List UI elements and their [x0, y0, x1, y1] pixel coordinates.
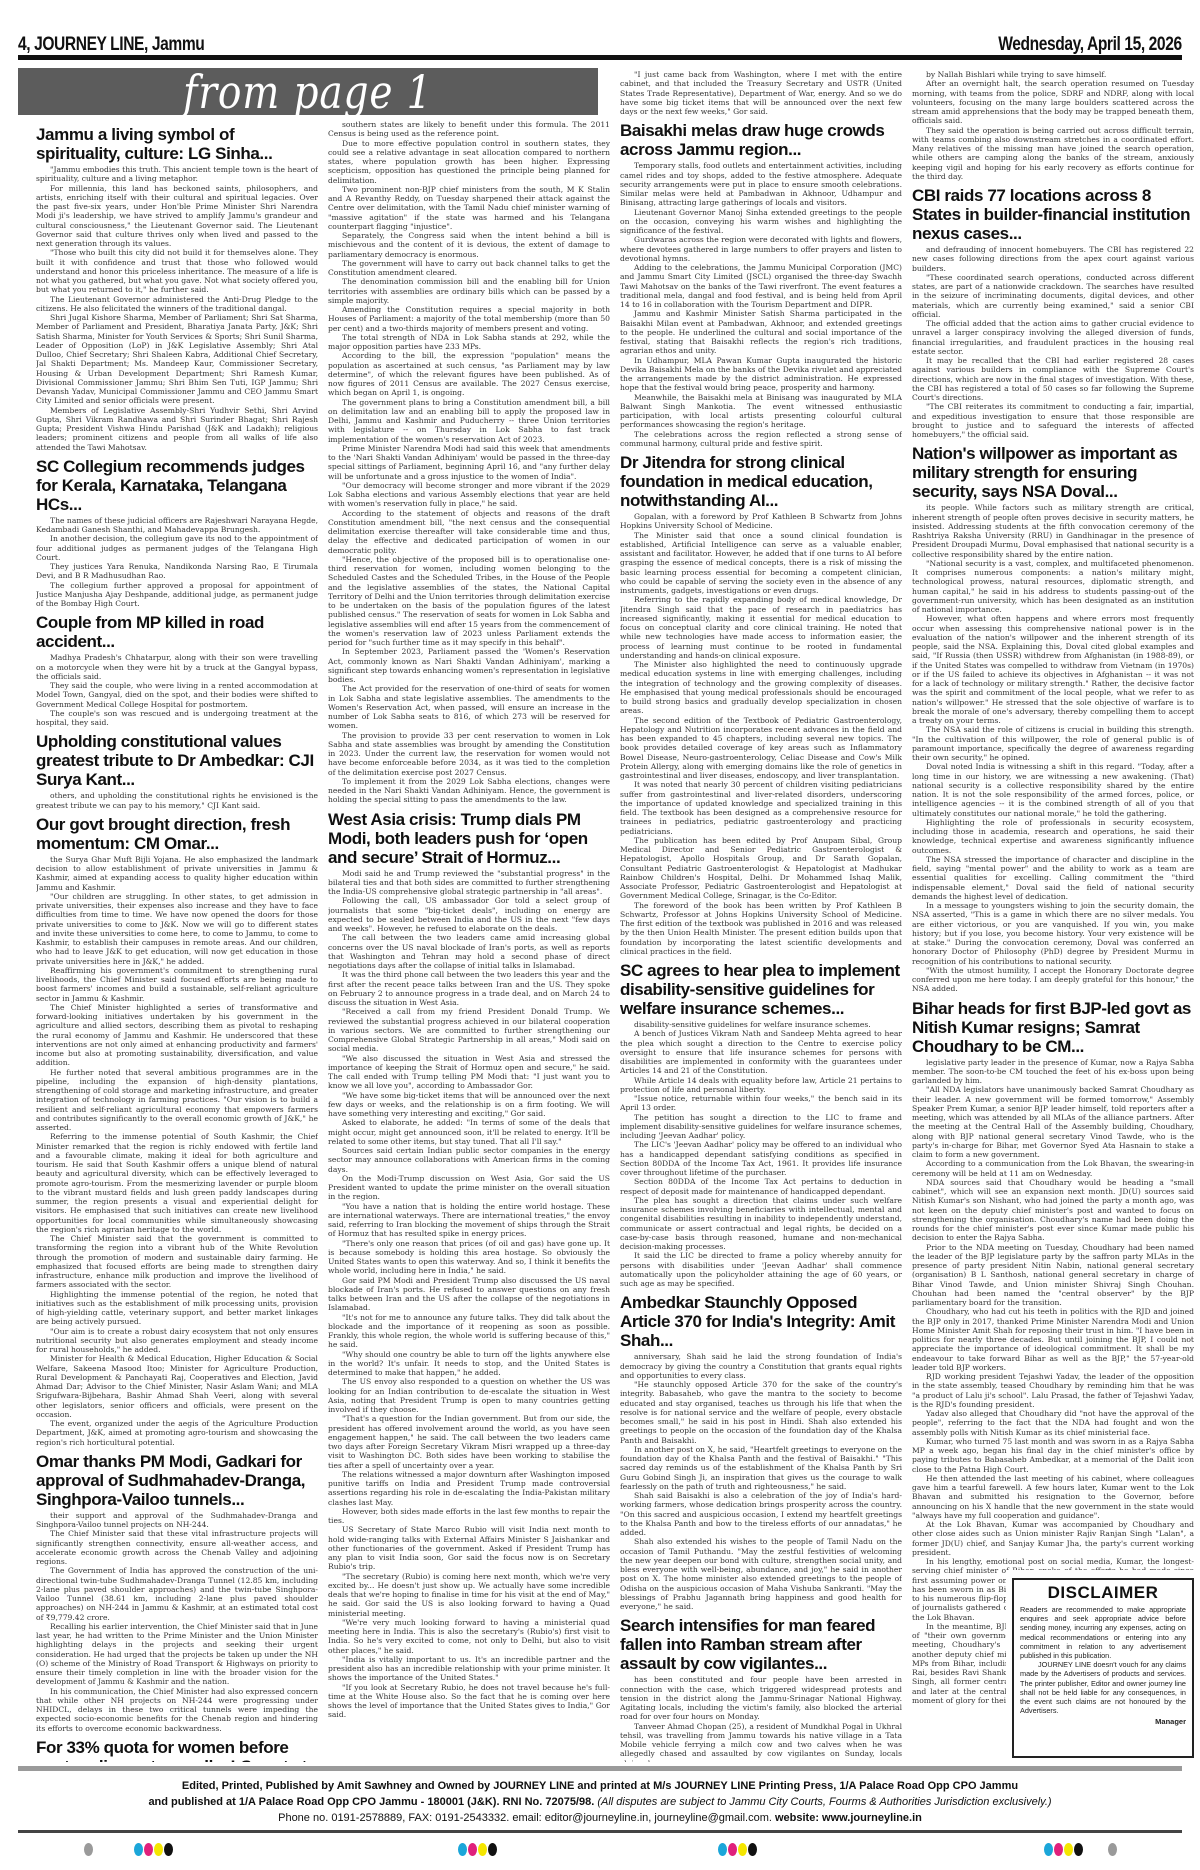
headline: Couple from MP killed in road accident..…	[36, 613, 318, 651]
paragraph: According to the bill, the expression "p…	[328, 351, 610, 397]
paragraph: The Chief Minister highlighted a series …	[36, 1003, 318, 1068]
column-3: "I just came back from Washington, where…	[620, 70, 902, 1762]
paragraph: has been constituted and four people hav…	[620, 1675, 902, 1721]
paragraph: According to a communication from the Lo…	[912, 1159, 1194, 1178]
paragraph: "There's only one reason that prices (of…	[328, 1239, 610, 1276]
paragraph: disability-sensitive guidelines for welf…	[620, 1020, 902, 1029]
headline: West Asia crisis: Trump dials PM Modi, b…	[328, 810, 610, 867]
paragraph: The call between the two leaders came am…	[328, 933, 610, 970]
headline: Ambedkar Staunchly Opposed Article 370 f…	[620, 1293, 902, 1350]
paragraph: southern states are likely to benefit un…	[328, 120, 610, 139]
paragraph: Highlighting the role of professionals i…	[912, 818, 1194, 855]
paragraph: "The secretary (Rubio) is coming here ne…	[328, 1572, 610, 1618]
paragraph: The publication has been edited by Prof …	[620, 836, 902, 901]
paragraph: The collegium further approved a proposa…	[36, 581, 318, 609]
imprint-address: and published at 1/A Palace Road Opp CPO…	[148, 1796, 594, 1808]
article-cji: Upholding constitutional values greatest…	[36, 732, 318, 810]
article-west-asia: West Asia crisis: Trump dials PM Modi, b…	[328, 810, 610, 1720]
paragraph: Separately, the Congress said when the i…	[328, 231, 610, 259]
article-body: has been constituted and four people hav…	[620, 1675, 902, 1762]
article-body: Temporary stalls, food outlets and enter…	[620, 161, 902, 448]
paragraph: The names of these judicial officers are…	[36, 516, 318, 535]
paragraph: Due to more effective population control…	[328, 139, 610, 185]
paragraph: Shah also extended his wishes to the peo…	[620, 1537, 902, 1611]
paragraph: The official added that the action aims …	[912, 319, 1194, 356]
article-omar-gadkari: Omar thanks PM Modi, Gadkari for approva…	[36, 1452, 318, 1733]
paragraph: "Our aim is to create a robust dairy eco…	[36, 1327, 318, 1355]
paragraph: The event, organized under the aegis of …	[36, 1419, 318, 1447]
paragraph: The NSA said the role of citizens is cru…	[912, 725, 1194, 762]
paragraph: the Surya Ghar Muft Bijli Yojana. He als…	[36, 855, 318, 892]
paragraph: their support and approval of the Sudhma…	[36, 1511, 318, 1530]
article-body: disability-sensitive guidelines for welf…	[620, 1020, 902, 1288]
article-cm-omar: Our govt brought direction, fresh moment…	[36, 815, 318, 1447]
paragraph: "Issue notice, returnable within four we…	[620, 1094, 902, 1113]
paragraph: The second edition of the Textbook of Pe…	[620, 716, 902, 781]
paragraph: "Jammu embodies this truth. This ancient…	[36, 165, 318, 184]
article-body: The names of these judicial officers are…	[36, 516, 318, 609]
paragraph: Lieutenant Governor Manoj Sinha extended…	[620, 208, 902, 236]
paragraph: In another post on X, he said, "Heartfel…	[620, 1445, 902, 1491]
article-sc-collegium: SC Collegium recommends judges for Keral…	[36, 457, 318, 609]
headline: Baisakhi melas draw huge crowds across J…	[620, 121, 902, 159]
paragraph: "India is vitally important to us. It's …	[328, 1655, 610, 1683]
headline: For 33% quota for women before next parl…	[36, 1738, 318, 1762]
paragraph: The provision to provide 33 per cent res…	[328, 731, 610, 777]
paragraph: Modi said he and Trump reviewed the "sub…	[328, 869, 610, 897]
paragraph: He further noted that several ambitious …	[36, 1068, 318, 1133]
registration-dot-grey-icon	[84, 1843, 93, 1856]
paragraph: "We're very much looking forward to havi…	[328, 1618, 610, 1655]
registration-marks	[0, 1843, 1200, 1857]
paragraph: Sources said certain Indian public secto…	[328, 1146, 610, 1174]
paragraph: In a message to youngsters wishing to jo…	[912, 901, 1194, 966]
paragraph: To implement it from the 2029 Lok Sabha …	[328, 777, 610, 805]
headline: Search intensifies for man feared fallen…	[620, 1616, 902, 1673]
paragraph: "We also discussed the situation in West…	[328, 1054, 610, 1091]
column-2: southern states are likely to benefit un…	[328, 120, 610, 1762]
paragraph: The government plans to bring a Constitu…	[328, 398, 610, 444]
paragraph: Members of Legislative Assembly-Shri Yud…	[36, 406, 318, 452]
article-couple-mp: Couple from MP killed in road accident..…	[36, 613, 318, 727]
article-body: "Jammu embodies this truth. This ancient…	[36, 165, 318, 452]
paragraph: However, what often happens and where er…	[912, 614, 1194, 725]
imprint-line-2: and published at 1/A Palace Road Opp CPO…	[18, 1794, 1182, 1810]
paragraph: Madhya Pradesh's Chhatarpur, along with …	[36, 653, 318, 681]
article-body: Modi said he and Trump reviewed the "sub…	[328, 869, 610, 1720]
paragraph: They said the couple, who were living in…	[36, 681, 318, 709]
paragraph: The foreword of the book has been writte…	[620, 901, 902, 957]
paragraph: The celebrations across the region refle…	[620, 430, 902, 449]
paragraph: It was noted that nearly 30 percent of c…	[620, 780, 902, 836]
article-nsa-doval: Nation's willpower as important as milit…	[912, 444, 1194, 993]
paragraph: Gor said PM Modi and President Trump als…	[328, 1276, 610, 1313]
paragraph: Referring to the rapidly expanding body …	[620, 595, 902, 660]
paragraph: The couple's son was rescued and is unde…	[36, 709, 318, 728]
column-4: by Nallah Bishlari while trying to save …	[912, 70, 1194, 1762]
paragraph: The petition has sought a direction to t…	[620, 1113, 902, 1141]
paragraph: Recalling his earlier intervention, the …	[36, 1622, 318, 1687]
paragraph: A bench of Justices Vikram Nath and Sand…	[620, 1029, 902, 1075]
paragraph: It may be recalled that the CBI had earl…	[912, 356, 1194, 402]
article-body: southern states are likely to benefit un…	[328, 120, 610, 805]
paragraph: The Government of India has approved the…	[36, 1566, 318, 1622]
paragraph: Doval noted India is witnessing a shift …	[912, 762, 1194, 818]
top-rule	[18, 55, 1182, 60]
article-lg-sinha: Jammu a living symbol of spirituality, c…	[36, 125, 318, 452]
paragraph: "We have some big-ticket items that will…	[328, 1091, 610, 1119]
imprint-contact: Phone no. 0191-2578889, FAX: 0191-254333…	[278, 1812, 772, 1824]
paragraph: After an overnight halt, the search oper…	[912, 79, 1194, 125]
bottom-rule	[18, 1766, 1182, 1771]
article-body: and defrauding of innocent homebuyers. T…	[912, 245, 1194, 439]
paragraph: The relations witnessed a major downturn…	[328, 1470, 610, 1507]
paragraph: The Chief Minister said that the governm…	[36, 1234, 318, 1290]
imprint-rule	[18, 1830, 1182, 1833]
paragraph: While Article 14 deals with equality bef…	[620, 1076, 902, 1095]
article-women-quota: For 33% quota for women before next parl…	[36, 1738, 318, 1762]
paragraph: Gurdwaras across the region were decorat…	[620, 235, 902, 263]
article-body: the Surya Ghar Muft Bijli Yojana. He als…	[36, 855, 318, 1447]
website-link[interactable]: website: www.journeyline.in	[775, 1812, 922, 1824]
paragraph: "He staunchly opposed Article 370 for th…	[620, 1380, 902, 1445]
paragraph: The denomination commission bill and the…	[328, 277, 610, 305]
paragraph: anniversary, Shah said he laid the stron…	[620, 1352, 902, 1380]
paragraph: Temporary stalls, food outlets and enter…	[620, 161, 902, 207]
paragraph: They justices Yara Renuka, Nandikonda Na…	[36, 562, 318, 581]
article-west-asia-continued: "I just came back from Washington, where…	[620, 70, 902, 116]
article-body: anniversary, Shah said he laid the stron…	[620, 1352, 902, 1611]
paragraph: However, both sides made efforts in the …	[328, 1507, 610, 1526]
paragraph: The Lieutenant Governor administered the…	[36, 295, 318, 314]
paragraph: At the Lok Bhavan, Kumar was accompanied…	[912, 1520, 1194, 1557]
paragraph: Following the call, US ambassador Gor to…	[328, 896, 610, 933]
paragraph: "Why should one country be able to turn …	[328, 1350, 610, 1378]
article-amit-shah: Ambedkar Staunchly Opposed Article 370 f…	[620, 1293, 902, 1611]
paragraph: According to the statement of objects an…	[328, 509, 610, 555]
paragraph: Kumar, who turned 75 last month and was …	[912, 1437, 1194, 1474]
paragraph: Choudhary, who had cut his teeth in poli…	[912, 1307, 1194, 1372]
article-ramban-continued: by Nallah Bishlari while trying to save …	[912, 70, 1194, 181]
paragraph: "The CBI reiterates its commitment to co…	[912, 402, 1194, 439]
article-body: others, and upholding the constitutional…	[36, 791, 318, 810]
paragraph: its people. While factors such as milita…	[912, 503, 1194, 559]
paragraph: Referring to the immense potential of So…	[36, 1132, 318, 1234]
headline: Bihar heads for first BJP-led govt as Ni…	[912, 999, 1194, 1056]
paragraph: "Our democracy will become stronger and …	[328, 481, 610, 509]
headline: SC Collegium recommends judges for Keral…	[36, 457, 318, 514]
masthead: 4, JOURNEY LINE, Jammu Wednesday, April …	[18, 28, 1182, 56]
headline: Omar thanks PM Modi, Gadkari for approva…	[36, 1452, 318, 1509]
imprint-jurisdiction: (All disputes are subject to Jammu City …	[597, 1796, 1051, 1808]
paragraph: For millennia, this land has beckoned sa…	[36, 184, 318, 249]
paragraph: Reaffirming his government's commitment …	[36, 966, 318, 1003]
paragraph: In his communication, the Chief Minister…	[36, 1687, 318, 1733]
paragraph: In September 2023, Parliament passed the…	[328, 647, 610, 684]
article-body: its people. While factors such as milita…	[912, 503, 1194, 993]
paragraph: Two prominent non-BJP chief ministers fr…	[328, 185, 610, 231]
article-body: Madhya Pradesh's Chhatarpur, along with …	[36, 653, 318, 727]
article-body: their support and approval of the Sudhma…	[36, 1511, 318, 1733]
article-dr-jitendra: Dr Jitendra for strong clinical foundati…	[620, 453, 902, 956]
paragraph: The government will have to carry out ba…	[328, 259, 610, 278]
issue-date: Wednesday, April 15, 2026	[999, 34, 1182, 56]
paragraph: The total strength of NDA in Lok Sabha s…	[328, 333, 610, 352]
paragraph: Tanveer Ahmad Chopan (25), a resident of…	[620, 1722, 902, 1763]
disclaimer-title: DISCLAIMER	[1020, 1583, 1186, 1603]
paragraph: US Secretary of State Marco Rubio will v…	[328, 1525, 610, 1571]
paragraph: "Our children are struggling. In other s…	[36, 892, 318, 966]
cmyk-marks-icon	[134, 1843, 173, 1856]
paragraph: "These coordinated search operations, co…	[912, 273, 1194, 319]
page-folio: 4, JOURNEY LINE, Jammu	[18, 34, 204, 56]
headline: CBI raids 77 locations across 8 States i…	[912, 186, 1194, 243]
article-sc-disability: SC agrees to hear plea to implement disa…	[620, 961, 902, 1288]
paragraph: "I just came back from Washington, where…	[620, 70, 902, 116]
section-title: from page 1	[183, 65, 432, 119]
paragraph: On the Modi-Trump discussion on West Asi…	[328, 1174, 610, 1202]
paragraph: The plea has sought a direction that cla…	[620, 1196, 902, 1252]
paragraph: "All NDA legislators have unanimously ba…	[912, 1085, 1194, 1159]
article-body: Gopalan, with a foreword by Prof Kathlee…	[620, 512, 902, 956]
paragraph: The Minister also highlighted the need t…	[620, 660, 902, 716]
article-ramban: Search intensifies for man feared fallen…	[620, 1616, 902, 1762]
cmyk-marks-icon	[1044, 1843, 1083, 1856]
paragraph: RJD working president Tejashwi Yadav, th…	[912, 1372, 1194, 1409]
paragraph: It was the third phone call between the …	[328, 970, 610, 1007]
cmyk-marks-icon	[718, 1843, 757, 1856]
article-baisakhi: Baisakhi melas draw huge crowds across J…	[620, 121, 902, 448]
disclaimer-signature: Manager	[1020, 1717, 1186, 1726]
paragraph: Amending the Constitution requires a spe…	[328, 305, 610, 333]
paragraph: In Udhampur, MLA Pawan Kumar Gupta inaug…	[620, 356, 902, 393]
paragraph: Yadav also alleged that Choudhary did "n…	[912, 1409, 1194, 1437]
headline: Jammu a living symbol of spirituality, c…	[36, 125, 318, 163]
column-1: Jammu a living symbol of spirituality, c…	[36, 120, 318, 1762]
paragraph: The US envoy also responded to a questio…	[328, 1377, 610, 1414]
headline: Our govt brought direction, fresh moment…	[36, 815, 318, 853]
paragraph: "You have a nation that is holding the e…	[328, 1202, 610, 1239]
paragraph: The Minister said that once a sound clin…	[620, 531, 902, 596]
paragraph: legislative party leader in the presence…	[912, 1058, 1194, 1086]
disclaimer-box: DISCLAIMER Readers are recommended to ma…	[1012, 1578, 1194, 1758]
paragraph: He then attended the last meeting of his…	[912, 1474, 1194, 1520]
paragraph: Prior to the NDA meeting on Tuesday, Cho…	[912, 1243, 1194, 1308]
paragraph: The Act provided for the reservation of …	[328, 684, 610, 730]
article-delimitation-continued: southern states are likely to benefit un…	[328, 120, 610, 805]
paragraph: "That's a question for the Indian govern…	[328, 1414, 610, 1470]
paragraph: Minister for Health & Medical Education,…	[36, 1354, 318, 1419]
cmyk-marks-icon	[458, 1843, 497, 1856]
article-body: "I just came back from Washington, where…	[620, 70, 902, 116]
paragraph: The NSA stressed the importance of chara…	[912, 855, 1194, 901]
disclaimer-text: JOURNEY LINE doesn't vouch for any claim…	[1020, 1660, 1186, 1715]
paragraph: Section 80DDA of the Income Tax Act pert…	[620, 1177, 902, 1196]
paragraph: others, and upholding the constitutional…	[36, 791, 318, 810]
paragraph: The LIC's 'Jeevan Aadhar' policy may be …	[620, 1140, 902, 1177]
paragraph: Shri Jugal Kishore Sharma, Member of Par…	[36, 313, 318, 406]
paragraph: "With the utmost humility, I accept the …	[912, 966, 1194, 994]
registration-dot-grey-icon	[1108, 1843, 1117, 1856]
paragraph: Prime Minister Narendra Modi had said th…	[328, 444, 610, 481]
paragraph: They said the operation is being carried…	[912, 126, 1194, 182]
paragraph: Shah said Baisakhi is also a celebration…	[620, 1491, 902, 1537]
article-cbi: CBI raids 77 locations across 8 States i…	[912, 186, 1194, 439]
paragraph: "Hence, the objective of the proposed bi…	[328, 555, 610, 648]
paragraph: It said the LIC be directed to frame a p…	[620, 1251, 902, 1288]
article-body: by Nallah Bishlari while trying to save …	[912, 70, 1194, 181]
paragraph: by Nallah Bishlari while trying to save …	[912, 70, 1194, 79]
paragraph: and defrauding of innocent homebuyers. T…	[912, 245, 1194, 273]
paragraph: NDA sources said that Choudhary would be…	[912, 1178, 1194, 1243]
paragraph: Asked to elaborate, he added: "In terms …	[328, 1118, 610, 1146]
headline: Upholding constitutional values greatest…	[36, 732, 318, 789]
imprint-line-1: Edited, Printed, Published by Amit Sawhn…	[18, 1778, 1182, 1794]
section-banner: from page 1	[18, 68, 598, 115]
paragraph: "Those who built this city did not build…	[36, 248, 318, 294]
paragraph: "National security is a vast, complex, a…	[912, 559, 1194, 615]
paragraph: "If you look at Secretary Rubio, he does…	[328, 1683, 610, 1720]
paragraph: Meanwhile, the Baisakhi mela at Binisang…	[620, 393, 902, 430]
disclaimer-text: Readers are recommended to make appropri…	[1020, 1605, 1186, 1660]
imprint-line-3: Phone no. 0191-2578889, FAX: 0191-254333…	[278, 1812, 922, 1824]
imprint: Edited, Printed, Published by Amit Sawhn…	[18, 1778, 1182, 1826]
paragraph: In another decision, the collegium gave …	[36, 534, 318, 562]
headline: Dr Jitendra for strong clinical foundati…	[620, 453, 902, 510]
paragraph: "It's not for me to announce any future …	[328, 1313, 610, 1350]
headline: SC agrees to hear plea to implement disa…	[620, 961, 902, 1018]
paragraph: Jammu and Kashmir Minister Satish Sharma…	[620, 309, 902, 355]
paragraph: "Received a call from my friend Presiden…	[328, 1007, 610, 1053]
paragraph: Adding to the celebrations, the Jammu Mu…	[620, 263, 902, 309]
paragraph: Gopalan, with a foreword by Prof Kathlee…	[620, 512, 902, 531]
headline: Nation's willpower as important as milit…	[912, 444, 1194, 501]
paragraph: The Chief Minister said that these vital…	[36, 1529, 318, 1566]
paragraph: Highlighting the immense potential of th…	[36, 1290, 318, 1327]
